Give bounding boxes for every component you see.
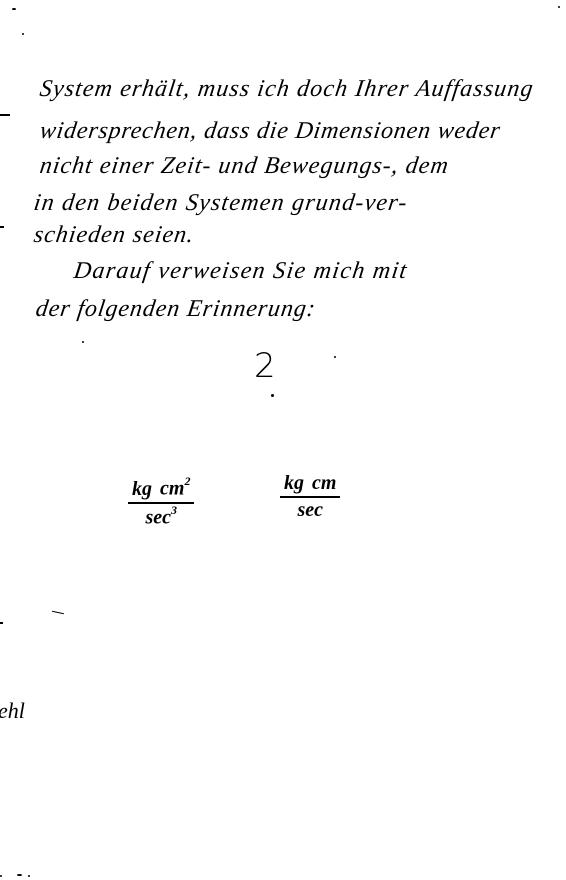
- margin-fragment: ehl: [0, 698, 25, 724]
- scan-speck: [334, 356, 336, 358]
- document-page: System erhält, muss ich doch Ihrer Auffa…: [0, 0, 566, 880]
- numeral-dot: [271, 394, 274, 397]
- scan-speck: [0, 875, 2, 877]
- formula-2-cm: cm: [312, 472, 336, 495]
- text-line-3: nicht einer Zeit- und Bewegungs-, dem: [38, 153, 451, 180]
- text-line-6: Darauf verweisen Sie mich mit: [72, 258, 409, 285]
- text-line-5: schieden seien.: [32, 222, 196, 249]
- scan-speck: [22, 33, 24, 35]
- margin-tick: [0, 622, 3, 624]
- text-line-1: System erhält, muss ich doch Ihrer Auffa…: [38, 76, 535, 103]
- formula-2-kg: kg: [284, 472, 304, 495]
- scan-speck: [28, 875, 30, 877]
- text-line-7: der folgenden Erinnerung:: [34, 296, 318, 323]
- formula-1-den-exponent: 3: [171, 503, 177, 517]
- formula-2-numerator: kg cm: [280, 472, 340, 496]
- formula-1-kg: kg: [132, 478, 152, 501]
- stray-stroke: [52, 611, 64, 614]
- formula-2-denominator: sec: [297, 498, 323, 522]
- text-line-2: widersprechen, dass die Dimensionen wede…: [38, 118, 502, 145]
- margin-tick: [0, 114, 10, 116]
- scan-speck: [82, 341, 84, 343]
- unit-formula-2: kg cm sec: [280, 472, 340, 522]
- numeral-mark: 2: [254, 346, 276, 386]
- scan-speck: [12, 8, 16, 10]
- text-line-4: in den beiden Systemen grund-ver-: [32, 190, 409, 217]
- scan-speck: [17, 874, 22, 876]
- formula-1-num-exponent: 2: [184, 474, 190, 488]
- unit-formula-1: kg cm2 sec3: [128, 476, 194, 529]
- formula-1-cm: cm2: [160, 476, 190, 501]
- formula-1-denominator: sec3: [145, 504, 177, 530]
- scan-speck: [558, 6, 560, 8]
- formula-1-numerator: kg cm2: [128, 476, 194, 502]
- margin-tick: [0, 226, 4, 228]
